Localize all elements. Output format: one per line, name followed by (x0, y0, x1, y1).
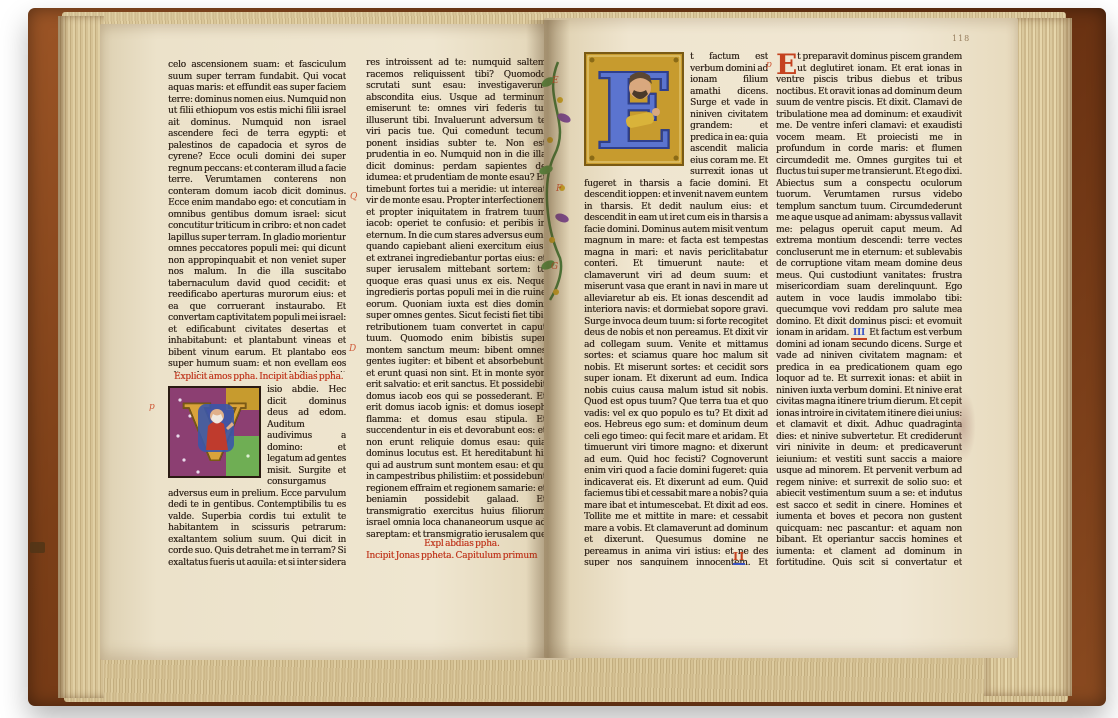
page-edges-bottom (64, 656, 1068, 702)
left-column-1: celo ascensionem suam: et fasciculum suu… (168, 60, 346, 565)
rubric-explicit-amos: Explicit amos ppha. Incipit abdias ppha. (168, 372, 346, 384)
initial-letter-E: E (594, 52, 673, 166)
jonah-ch2-text: t preparavit dominus piscem grandem ut d… (776, 52, 962, 338)
obadiah-section: V isio abdie. Hec dicit dominus deus ad … (168, 385, 346, 565)
left-column-2: res introissent ad te: numquid saltem ra… (366, 58, 546, 566)
page-edges-left (58, 16, 104, 698)
guide-letter-d: D (349, 344, 356, 354)
chapter-numeral-II: II (733, 550, 745, 565)
historiated-initial-V: V (168, 386, 261, 478)
rubric-explicit-abdias: Expl abdias ppha. Incipit Jonas ppheta. … (366, 539, 546, 562)
guide-letter-g: G (551, 262, 558, 272)
folio-number: 118 (952, 34, 970, 43)
right-column-2: E t preparavit dominus piscem grandem ut… (776, 52, 962, 566)
photo-background: celo ascensionem suam: et fasciculum suu… (0, 0, 1118, 718)
right-column-1: E t factum est verbum domini ad ionam fi… (584, 52, 768, 566)
guide-letter-p-right: p (766, 60, 772, 70)
left-page: celo ascensionem suam: et fasciculum suu… (100, 24, 574, 660)
guide-letter-e: E (552, 76, 559, 86)
parchment-stain (950, 390, 976, 462)
illuminated-initial-E: E (584, 52, 684, 166)
jonah-ch3-text: Et factum est verbum domini ad ionam sec… (776, 328, 962, 566)
obadiah-text-continued: res introissent ad te: numquid saltem ra… (366, 58, 546, 539)
rubric-line-2: Incipit Jonas ppheta. Capitulum primum (366, 551, 537, 561)
guide-letter-p-left: p (149, 402, 155, 412)
guide-letter-f: F (556, 184, 562, 194)
book-binding: celo ascensionem suam: et fasciculum suu… (28, 8, 1106, 706)
chapter-numeral-III: III (851, 328, 867, 340)
rubric-line-1: Expl abdias ppha. (424, 539, 500, 549)
red-initial-E: E (776, 52, 797, 75)
guide-letter-q: Q (350, 192, 357, 202)
amos-text: celo ascensionem suam: et fasciculum suu… (168, 60, 346, 372)
fore-edge-mark (30, 542, 45, 553)
right-page: 118 (544, 18, 1018, 658)
